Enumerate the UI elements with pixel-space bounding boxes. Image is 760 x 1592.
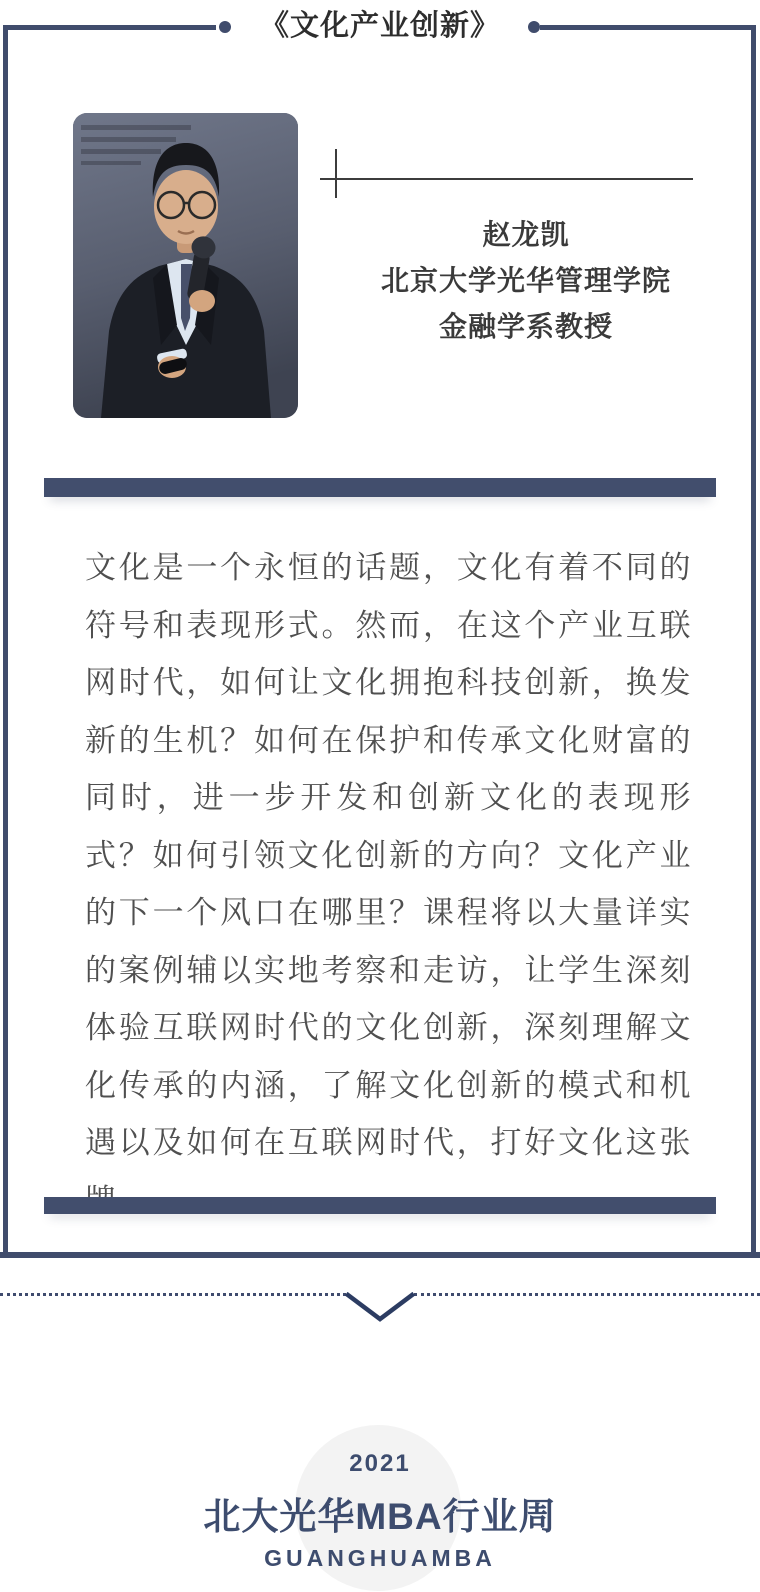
dotted-separator-left — [0, 1293, 346, 1296]
dotted-separator-right — [414, 1293, 760, 1296]
speaker-affiliation: 北京大学光华管理学院 — [300, 258, 752, 304]
course-description: 文化是一个永恒的话题，文化有着不同的符号和表现形式。然而，在这个产业互联网时代，… — [85, 539, 692, 1229]
footer-brand: GUANGHUAMBA — [0, 1545, 760, 1572]
decorative-line-vertical — [335, 149, 337, 198]
speaker-name: 赵龙凯 — [300, 212, 752, 258]
divider-bar-bottom — [44, 1197, 716, 1214]
chevron-down-icon — [340, 1292, 420, 1324]
speaker-photo — [73, 113, 298, 418]
decorative-line-horizontal — [320, 178, 693, 180]
speaker-info: 赵龙凯 北京大学光华管理学院 金融学系教授 — [300, 212, 752, 350]
divider-bar-top — [44, 478, 716, 497]
right-hand — [189, 290, 215, 312]
footer-event-title: 北大光华MBA行业周 — [0, 1486, 760, 1540]
frame-border-left — [3, 25, 8, 1258]
title-dot-right — [528, 21, 540, 33]
footer-year: 2021 — [0, 1450, 760, 1478]
frame-border-top-right-segment — [540, 25, 756, 30]
frame-border-right — [751, 25, 756, 1258]
article-page: 《文化产业创新》 — [0, 0, 760, 1592]
speaker-photo-illustration — [73, 113, 298, 418]
speaker-position: 金融学系教授 — [300, 304, 752, 350]
frame-border-bottom — [0, 1252, 760, 1258]
